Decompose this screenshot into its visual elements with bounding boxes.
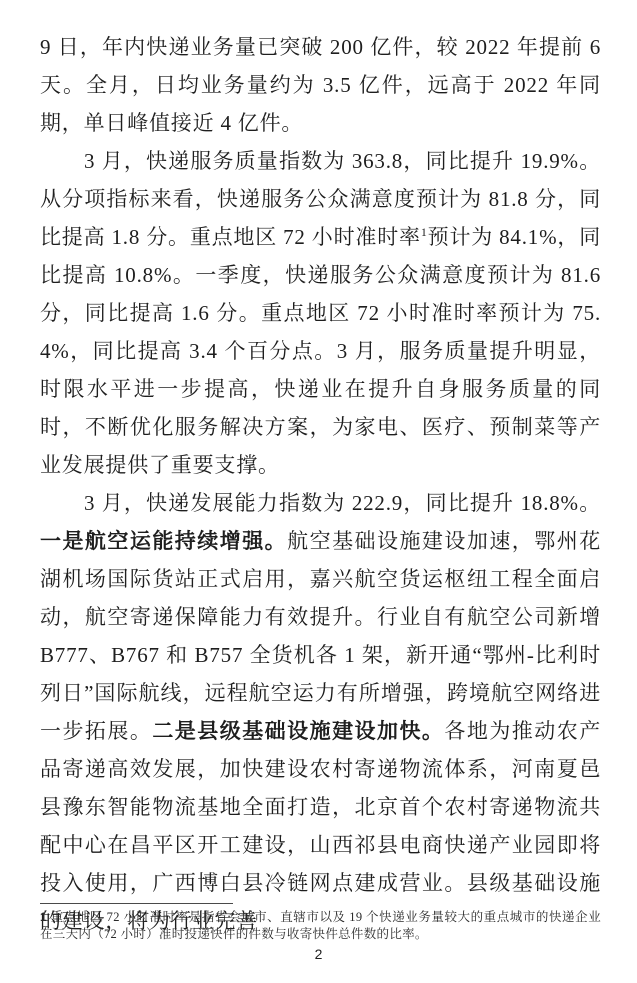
footnote-marker: 1 [40, 910, 47, 924]
bold-heading-air-capacity: 一是航空运能持续增强。 [40, 529, 287, 553]
page-number: 2 [0, 946, 637, 962]
paragraph-development-capability-index: 3 月，快递发展能力指数为 222.9，同比提升 18.8%。一是航空运能持续增… [40, 484, 601, 940]
footnote-text-block: 1 重点地区 72 小时准时率是指省会城市、直辖市以及 19 个快递业务量较大的… [40, 909, 601, 943]
paragraph-business-volume: 9 日，年内快递业务量已突破 200 亿件，较 2022 年提前 6 天。全月，… [40, 28, 601, 142]
bold-heading-county-infrastructure: 二是县级基础设施建设加快。 [152, 719, 444, 743]
document-body: 9 日，年内快递业务量已突破 200 亿件，较 2022 年提前 6 天。全月，… [40, 28, 601, 940]
paragraph-text: 3 月，快递发展能力指数为 222.9，同比提升 18.8%。 [84, 491, 601, 515]
paragraph-text: 预计为 84.1%，同比提高 10.8%。一季度，快递服务公众满意度预计为 81… [40, 225, 601, 477]
footnote-separator [40, 903, 233, 904]
paragraph-service-quality-index: 3 月，快递服务质量指数为 363.8，同比提升 19.9%。从分项指标来看，快… [40, 142, 601, 484]
footnote-text: 重点地区 72 小时准时率是指省会城市、直辖市以及 19 个快递业务量较大的重点… [40, 910, 601, 941]
footnote-ref: 1 [421, 225, 428, 239]
document-page: 9 日，年内快递业务量已突破 200 亿件，较 2022 年提前 6 天。全月，… [0, 0, 637, 983]
paragraph-text: 9 日，年内快递业务量已突破 200 亿件，较 2022 年提前 6 天。全月，… [40, 35, 601, 135]
paragraph-text: 各地为推动农产品寄递高效发展，加快建设农村寄递物流体系，河南夏邑县豫东智能物流基… [40, 719, 601, 933]
footnote: 1 重点地区 72 小时准时率是指省会城市、直辖市以及 19 个快递业务量较大的… [40, 903, 601, 943]
paragraph-text: 航空基础设施建设加速，鄂州花湖机场国际货站正式启用，嘉兴航空货运枢纽工程全面启动… [40, 529, 601, 743]
